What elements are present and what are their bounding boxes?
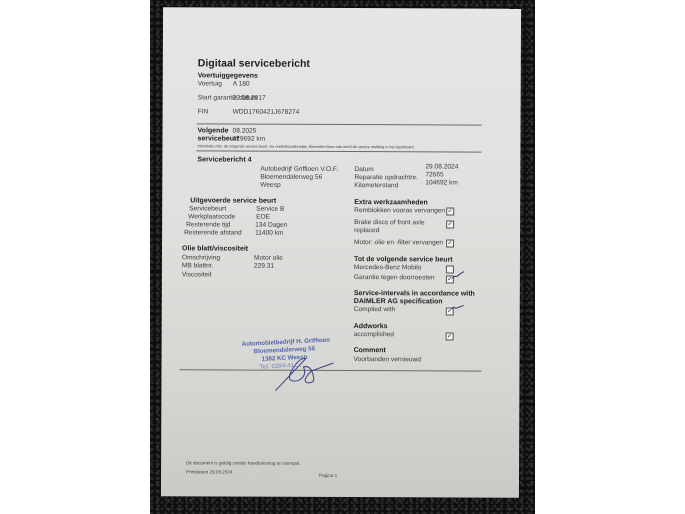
until-next-service-heading: Tot de volgende service beurt — [354, 256, 453, 263]
service-type-label: Servicebeurt — [189, 205, 226, 212]
repair-order-value: 72665 — [425, 171, 443, 178]
extra-work-checkbox-2[interactable]: ✓ — [446, 220, 454, 228]
service-type-value: Service B — [256, 206, 284, 213]
warranty-start-value: 22.08.2017 — [233, 95, 266, 102]
performed-service-heading: Uitgevoerde service beurt — [190, 197, 276, 204]
comment-heading: Comment — [354, 347, 386, 354]
workshop-code-label: Werkplaatscode — [188, 213, 235, 220]
print-date: Printdatum 29.08.2024 — [186, 469, 233, 474]
mb-sheet-label: MB blattnr. — [182, 262, 214, 269]
divider — [196, 150, 481, 152]
document-title: Digitaal servicebericht — [198, 57, 310, 69]
extra-work-checkbox-1[interactable]: ✓ — [446, 207, 454, 215]
extra-work-checkbox-3[interactable]: ✓ — [446, 239, 454, 247]
next-service-note: Informatie mbt. de volgende service beur… — [197, 144, 413, 149]
date-label: Datum — [354, 166, 373, 173]
service-intervals-heading-2: DAIMLER AG specification — [354, 298, 443, 305]
extra-work-item-2: Brake discs of front axle — [354, 219, 424, 226]
service-report-heading: Servicebericht 4 — [197, 156, 251, 163]
signature — [271, 353, 351, 393]
pen-tick-mark — [451, 302, 465, 312]
addworks-heading: Addworks — [354, 323, 388, 330]
vehicle-value: A 180 — [233, 81, 250, 88]
service-report-paper: Digitaal servicebericht Voertuiggegevens… — [161, 7, 521, 498]
remaining-time-label: Resterende tijd — [186, 221, 230, 228]
repair-order-label: Reparatie opdrachtnr. — [354, 174, 417, 181]
addworks-checkbox[interactable]: ✓ — [446, 332, 454, 340]
divider — [197, 123, 482, 125]
extra-work-item-3: Motor: olie en -filter vervangen — [354, 239, 443, 246]
dealer-street: Bloemendalerweg 56 — [260, 174, 322, 181]
validity-note: Dit document is geldig zonder handtekeni… — [186, 460, 300, 465]
extra-work-heading: Extra werkzaamheden — [354, 199, 428, 206]
vehicle-data-heading: Voertuiggegevens — [198, 72, 258, 79]
mobilo-label: Mercedes-Benz Mobilo — [354, 264, 421, 271]
viscosity-label: Viscositeit — [182, 271, 212, 278]
pen-tick-mark — [451, 270, 465, 280]
date-value: 29.08.2024 — [425, 163, 458, 170]
odometer-value: 104692 km — [425, 179, 458, 186]
odometer-label: Kilometerstand — [354, 182, 398, 189]
oil-description-label: Omschrijving — [182, 254, 220, 261]
fin-label: FIN — [198, 108, 209, 115]
oil-description-value: Motor olie — [254, 255, 283, 262]
workshop-code-value: EOE — [256, 214, 270, 221]
remaining-distance-value: 11400 km — [255, 230, 283, 237]
rust-warranty-label: Garantie tegen doorroesten — [354, 274, 435, 281]
addworks-label: accomplished — [354, 331, 394, 338]
mb-sheet-value: 229.31 — [254, 263, 274, 270]
next-service-date: 08.2025 — [233, 128, 257, 135]
page-number: Pagina 1 — [319, 473, 337, 478]
next-service-distance: 129692 km — [232, 136, 265, 143]
extra-work-item-2-cont: replaced — [354, 227, 379, 234]
fin-value: WDD1760421J678274 — [233, 109, 300, 116]
remaining-distance-label: Resterende afstand — [184, 229, 242, 236]
next-service-label-1: Volgende — [198, 127, 229, 134]
vehicle-label: Voertuig — [198, 80, 222, 87]
comment-text: Voorbanden vernieuwd — [354, 356, 421, 363]
complied-with-label: Complied with — [354, 306, 395, 313]
oil-heading: Olie blatt/viscositeit — [182, 245, 248, 252]
dealer-name: Autobedrijf Griffioen V.O.F. — [260, 166, 338, 173]
extra-work-item-1: Remblokken vooras vervangen — [354, 207, 445, 214]
remaining-time-value: 134 Dagen — [255, 222, 287, 229]
dealer-city: Weesp — [260, 182, 280, 189]
service-intervals-heading-1: Service-intervals in accordance with — [354, 290, 475, 298]
